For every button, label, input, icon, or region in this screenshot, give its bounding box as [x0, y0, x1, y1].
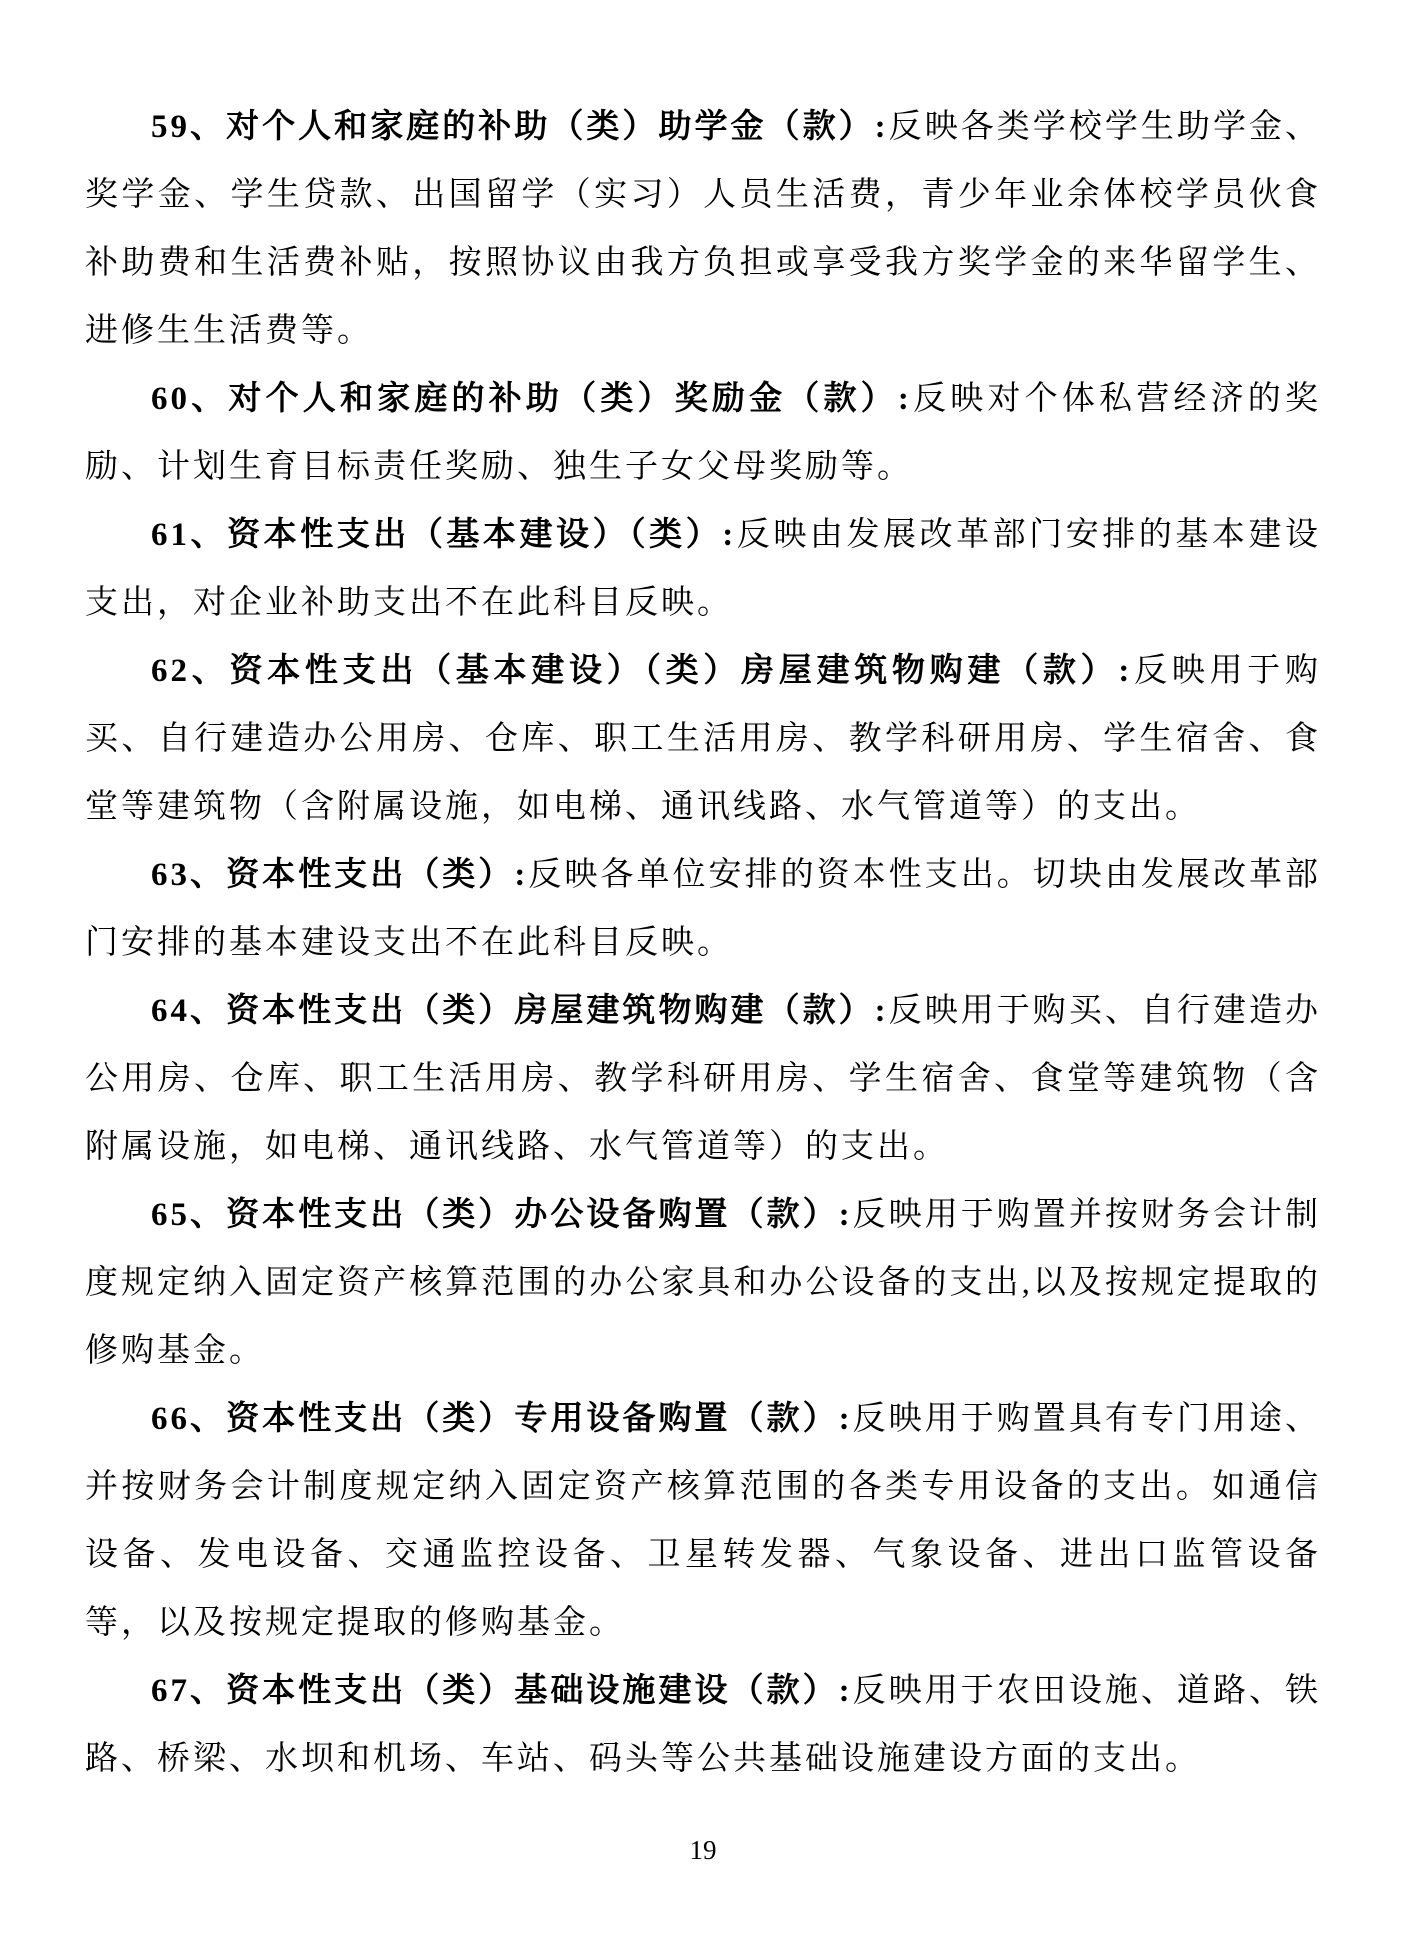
definition-paragraph: 65、资本性支出（类）办公设备购置（款）:反映用于购置并按财务会计制度规定纳入固…	[85, 1181, 1321, 1385]
term-heading: 64、资本性支出（类）房屋建筑物购建（款）:	[151, 993, 889, 1029]
definition-paragraph: 63、资本性支出（类）:反映各单位安排的资本性支出。切块由发展改革部门安排的基本…	[85, 841, 1321, 977]
definition-paragraph: 60、对个人和家庭的补助（类）奖励金（款）:反映对个体私营经济的奖励、计划生育目…	[85, 365, 1321, 501]
term-heading: 62、资本性支出（基本建设）（类）房屋建筑物购建（款）:	[151, 653, 1132, 689]
document-body: 59、对个人和家庭的补助（类）助学金（款）:反映各类学校学生助学金、奖学金、学生…	[85, 93, 1321, 1793]
term-heading: 59、对个人和家庭的补助（类）助学金（款）:	[151, 109, 889, 145]
term-heading: 66、资本性支出（类）专用设备购置（款）:	[151, 1401, 853, 1437]
document-page: 59、对个人和家庭的补助（类）助学金（款）:反映各类学校学生助学金、奖学金、学生…	[0, 0, 1406, 1950]
term-heading: 61、资本性支出（基本建设）（类）:	[151, 517, 736, 553]
page-number: 19	[0, 1833, 1406, 1867]
definition-paragraph: 61、资本性支出（基本建设）（类）:反映由发展改革部门安排的基本建设支出，对企业…	[85, 501, 1321, 637]
term-definition: 反映各类学校学生助学金、奖学金、学生贷款、出国留学（实习）人员生活费，青少年业余…	[85, 109, 1321, 349]
definition-paragraph: 59、对个人和家庭的补助（类）助学金（款）:反映各类学校学生助学金、奖学金、学生…	[85, 93, 1321, 365]
definition-paragraph: 62、资本性支出（基本建设）（类）房屋建筑物购建（款）:反映用于购买、自行建造办…	[85, 637, 1321, 841]
term-heading: 65、资本性支出（类）办公设备购置（款）:	[151, 1197, 853, 1233]
term-definition: 反映用于购置具有专门用途、并按财务会计制度规定纳入固定资产核算范围的各类专用设备…	[85, 1401, 1321, 1641]
term-heading: 60、对个人和家庭的补助（类）奖励金（款）:	[151, 381, 912, 417]
term-heading: 67、资本性支出（类）基础设施建设（款）:	[151, 1673, 853, 1709]
definition-paragraph: 67、资本性支出（类）基础设施建设（款）:反映用于农田设施、道路、铁路、桥梁、水…	[85, 1657, 1321, 1793]
term-heading: 63、资本性支出（类）:	[151, 857, 528, 893]
definition-paragraph: 64、资本性支出（类）房屋建筑物购建（款）:反映用于购买、自行建造办公用房、仓库…	[85, 977, 1321, 1181]
definition-paragraph: 66、资本性支出（类）专用设备购置（款）:反映用于购置具有专门用途、并按财务会计…	[85, 1385, 1321, 1657]
